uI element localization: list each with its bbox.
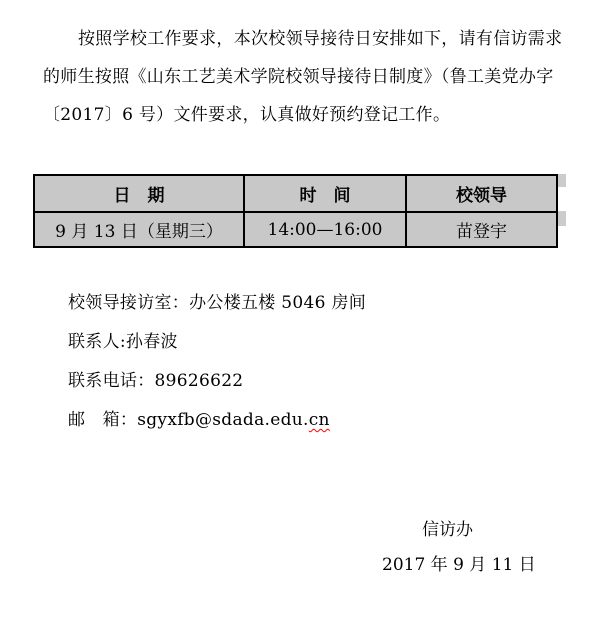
cell-leader: 苗登宇: [406, 212, 557, 247]
cell-date: 9 月 13 日（星期三）: [34, 212, 244, 247]
email-line: 邮 箱：sgyxfb@sdada.edu.cn: [68, 401, 366, 440]
table-header-row: 日 期 时 间 校领导: [34, 175, 557, 212]
paragraph-line: 按照学校工作要求，本次校领导接待日安排如下，请有信访需求: [43, 20, 568, 58]
header-cell-leader: 校领导: [406, 175, 557, 212]
paragraph-line: 〔2017〕6 号）文件要求，认真做好预约登记工作。: [43, 96, 568, 134]
table-row-marker-body: [558, 211, 566, 226]
signature-date: 2017 年 9 月 11 日: [382, 554, 536, 576]
contact-person-line: 联系人:孙春波: [68, 323, 366, 362]
email-tld-spellcheck: cn: [309, 410, 330, 430]
contact-info-block: 校领导接访室：办公楼五楼 5046 房间 联系人:孙春波 联系电话：896266…: [68, 284, 366, 440]
header-cell-date: 日 期: [34, 175, 244, 212]
email-address: sgyxfb@sdada.edu.: [137, 410, 309, 430]
reception-schedule-table: 日 期 时 间 校领导 9 月 13 日（星期三） 14:00—16:00 苗登…: [33, 174, 558, 248]
email-label: 邮 箱：: [68, 410, 137, 430]
paragraph-line: 的师生按照《山东工艺美术学院校领导接待日制度》（鲁工美党办字: [43, 58, 568, 96]
table-row-marker-header: [558, 174, 566, 187]
phone-line: 联系电话：89626622: [68, 362, 366, 401]
cell-time: 14:00—16:00: [244, 212, 406, 247]
header-cell-time: 时 间: [244, 175, 406, 212]
reception-room-line: 校领导接访室：办公楼五楼 5046 房间: [68, 284, 366, 323]
signature-office: 信访办: [422, 519, 473, 541]
table-row: 9 月 13 日（星期三） 14:00—16:00 苗登宇: [34, 212, 557, 247]
intro-paragraph: 按照学校工作要求，本次校领导接待日安排如下，请有信访需求 的师生按照《山东工艺美…: [43, 20, 568, 134]
document-page: 按照学校工作要求，本次校领导接待日安排如下，请有信访需求 的师生按照《山东工艺美…: [0, 0, 596, 635]
